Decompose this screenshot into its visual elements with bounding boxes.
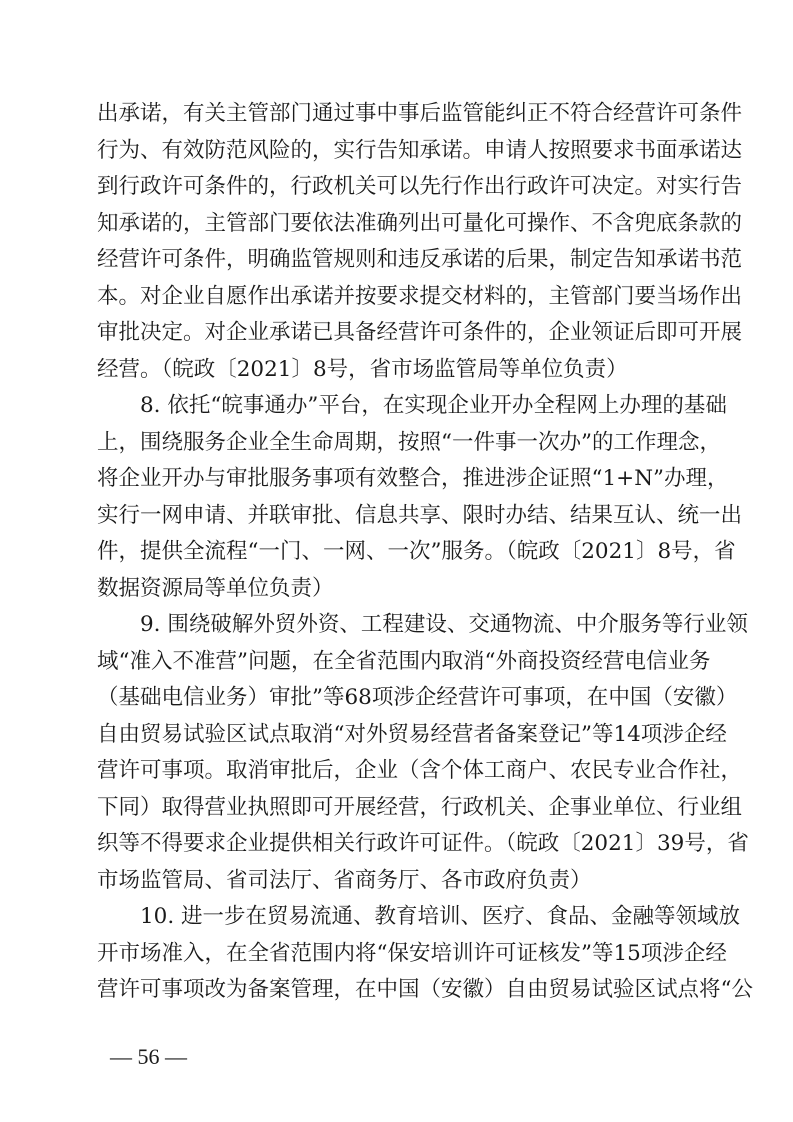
text-line-24: 开市场准入，在全省范围内将“保安培训许可证核发”等15项涉企经 xyxy=(97,936,699,973)
text-line-19: 营许可事项。取消审批后，企业（含个体工商户、农民专业合作社， xyxy=(97,753,699,790)
text-line-7: 审批决定。对企业承诺已具备经营许可条件的，企业领证后即可开展 xyxy=(97,315,699,352)
text-line-10: 上，围绕服务企业全生命周期，按照“一件事一次办”的工作理念， xyxy=(97,425,699,462)
text-line-21: 织等不得要求企业提供相关行政许可证件。（皖政〔2021〕39号，省 xyxy=(97,826,699,863)
text-line-17: （基础电信业务）审批”等68项涉企经营许可事项，在中国（安徽） xyxy=(97,680,699,717)
text-line-6: 本。对企业自愿作出承诺并按要求提交材料的，主管部门要当场作出 xyxy=(97,279,699,316)
text-line-25: 营许可事项改为备案管理，在中国（安徽）自由贸易试验区试点将“公 xyxy=(97,972,699,1009)
text-line-14: 数据资源局等单位负责） xyxy=(97,571,699,608)
page-number: — 56 — xyxy=(110,1044,187,1070)
text-line-11: 将企业开办与审批服务事项有效整合，推进涉企证照“1+N”办理， xyxy=(97,461,699,498)
text-line-9: 8. 依托“皖事通办”平台，在实现企业开办全程网上办理的基础 xyxy=(97,388,699,425)
body-text: 出承诺，有关主管部门通过事中事后监管能纠正不符合经营许可条件 行为、有效防范风险… xyxy=(97,96,699,1009)
text-line-4: 知承诺的，主管部门要依法准确列出可量化可操作、不含兜底条款的 xyxy=(97,206,699,243)
text-line-23: 10. 进一步在贸易流通、教育培训、医疗、食品、金融等领域放 xyxy=(97,899,699,936)
text-line-12: 实行一网申请、并联审批、信息共享、限时办结、结果互认、统一出 xyxy=(97,498,699,535)
text-line-2: 行为、有效防范风险的，实行告知承诺。申请人按照要求书面承诺达 xyxy=(97,133,699,170)
document-page: 出承诺，有关主管部门通过事中事后监管能纠正不符合经营许可条件 行为、有效防范风险… xyxy=(0,0,793,1122)
text-line-5: 经营许可条件，明确监管规则和违反承诺的后果，制定告知承诺书范 xyxy=(97,242,699,279)
text-line-22: 市场监管局、省司法厅、省商务厅、各市政府负责） xyxy=(97,863,699,900)
text-line-1: 出承诺，有关主管部门通过事中事后监管能纠正不符合经营许可条件 xyxy=(97,96,699,133)
text-line-13: 件，提供全流程“一门、一网、一次”服务。（皖政〔2021〕8号，省 xyxy=(97,534,699,571)
text-line-18: 自由贸易试验区试点取消“对外贸易经营者备案登记”等14项涉企经 xyxy=(97,717,699,754)
text-line-20: 下同）取得营业执照即可开展经营，行政机关、企事业单位、行业组 xyxy=(97,790,699,827)
text-line-8: 经营。（皖政〔2021〕8号，省市场监管局等单位负责） xyxy=(97,352,699,389)
text-line-16: 域“准入不准营”问题，在全省范围内取消“外商投资经营电信业务 xyxy=(97,644,699,681)
text-line-15: 9. 围绕破解外贸外资、工程建设、交通物流、中介服务等行业领 xyxy=(97,607,699,644)
text-line-3: 到行政许可条件的，行政机关可以先行作出行政许可决定。对实行告 xyxy=(97,169,699,206)
